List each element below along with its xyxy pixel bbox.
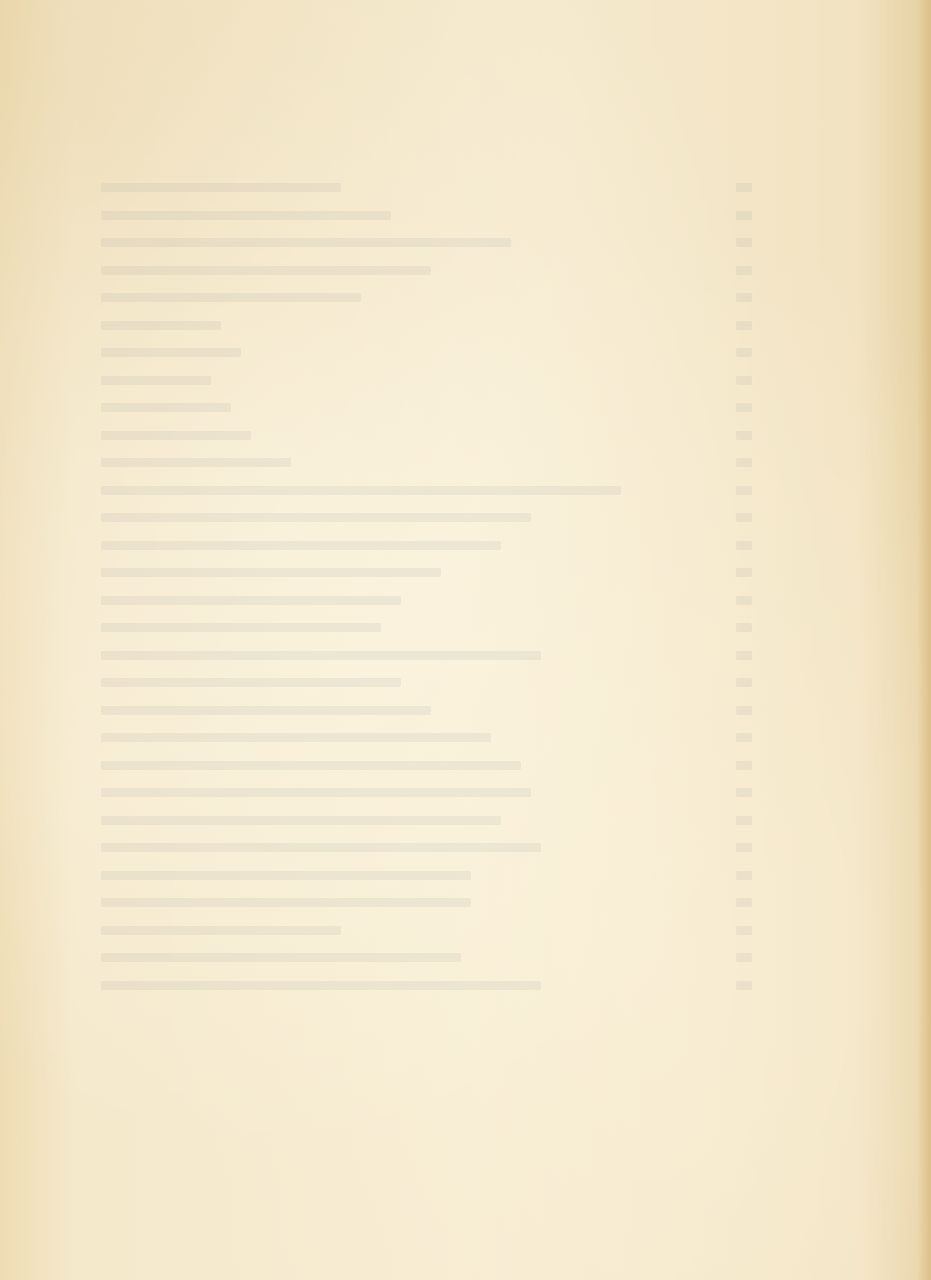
ghost-line xyxy=(101,348,241,357)
ghost-line xyxy=(101,458,291,467)
ghost-page-number xyxy=(736,816,752,825)
ghost-line xyxy=(101,623,381,632)
page-edge xyxy=(917,0,931,1280)
ghost-page-number xyxy=(736,211,752,220)
ghost-line xyxy=(101,926,341,935)
ghost-page-number xyxy=(736,458,752,467)
ghost-line xyxy=(101,541,501,550)
ghost-page-number xyxy=(736,541,752,550)
document-page xyxy=(0,0,931,1280)
ghost-page-number xyxy=(736,733,752,742)
ghost-page-number xyxy=(736,293,752,302)
ghost-line xyxy=(101,486,621,495)
ghost-page-number xyxy=(736,376,752,385)
ghost-line xyxy=(101,568,441,577)
ghost-page-number xyxy=(736,513,752,522)
ghost-page-number xyxy=(736,403,752,412)
ghost-line xyxy=(101,953,461,962)
ghost-page-number xyxy=(736,238,752,247)
ghost-line xyxy=(101,403,231,412)
ghost-line xyxy=(101,843,541,852)
ghost-line xyxy=(101,651,541,660)
ghost-page-number xyxy=(736,183,752,192)
ghost-line xyxy=(101,761,521,770)
ghost-page-number xyxy=(736,981,752,990)
ghost-line xyxy=(101,293,361,302)
ghost-line xyxy=(101,596,401,605)
ghost-page-number xyxy=(736,788,752,797)
ghost-page-number xyxy=(736,321,752,330)
ghost-page-number xyxy=(736,348,752,357)
ghost-line xyxy=(101,183,341,192)
ghost-line xyxy=(101,678,401,687)
ghost-line xyxy=(101,513,531,522)
ghost-page-number xyxy=(736,898,752,907)
ghost-page-number xyxy=(736,953,752,962)
ghost-line xyxy=(101,376,211,385)
ghost-page-number xyxy=(736,623,752,632)
ghost-page-number xyxy=(736,678,752,687)
ghost-line xyxy=(101,431,251,440)
ghost-page-number xyxy=(736,486,752,495)
ghost-page-number xyxy=(736,926,752,935)
ghost-page-number xyxy=(736,871,752,880)
ghost-page-number xyxy=(736,431,752,440)
ghost-line xyxy=(101,238,511,247)
ghost-line xyxy=(101,816,501,825)
ghost-line xyxy=(101,898,471,907)
ghost-line xyxy=(101,733,491,742)
ghost-line xyxy=(101,211,391,220)
ghost-line xyxy=(101,266,431,275)
bleed-through-text xyxy=(0,0,931,1280)
ghost-page-number xyxy=(736,266,752,275)
ghost-line xyxy=(101,871,471,880)
ghost-line xyxy=(101,981,541,990)
ghost-line xyxy=(101,321,221,330)
ghost-page-number xyxy=(736,761,752,770)
ghost-line xyxy=(101,706,431,715)
ghost-page-number xyxy=(736,843,752,852)
ghost-line xyxy=(101,788,531,797)
ghost-page-number xyxy=(736,651,752,660)
ghost-page-number xyxy=(736,706,752,715)
ghost-page-number xyxy=(736,596,752,605)
ghost-page-number xyxy=(736,568,752,577)
